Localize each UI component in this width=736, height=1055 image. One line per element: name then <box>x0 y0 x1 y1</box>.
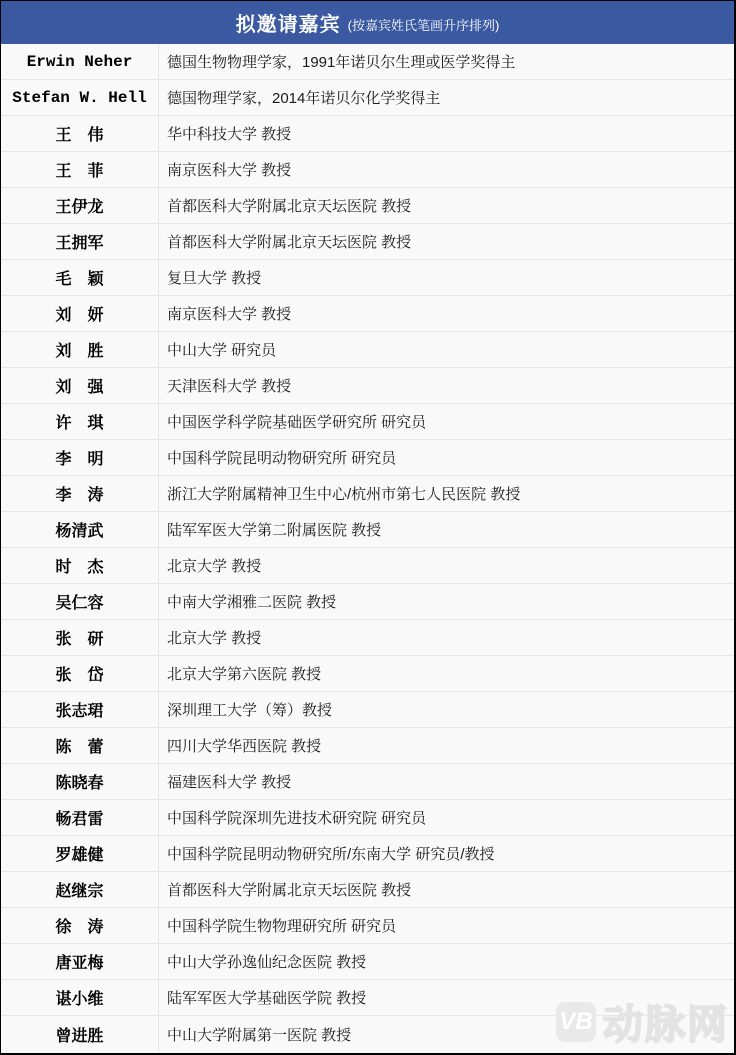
guest-name: 曾进胜 <box>1 1016 159 1052</box>
guest-affiliation: 北京大学 教授 <box>159 548 734 583</box>
guest-affiliation: 天津医科大学 教授 <box>159 368 734 403</box>
table-row: 陈晓春福建医科大学 教授 <box>1 764 734 800</box>
guest-affiliation: 浙江大学附属精神卫生中心/杭州市第七人民医院 教授 <box>159 476 734 511</box>
guest-affiliation: 德国生物物理学家，1991年诺贝尔生理或医学奖得主 <box>159 44 734 79</box>
table-row: 李 明中国科学院昆明动物研究所 研究员 <box>1 440 734 476</box>
guest-affiliation: 复旦大学 教授 <box>159 260 734 295</box>
guest-name: 李 明 <box>1 440 159 475</box>
guest-affiliation: 中国医学科学院基础医学研究所 研究员 <box>159 404 734 439</box>
guest-affiliation: 福建医科大学 教授 <box>159 764 734 799</box>
guest-affiliation: 中山大学孙逸仙纪念医院 教授 <box>159 944 734 979</box>
guest-affiliation: 陆军军医大学第二附属医院 教授 <box>159 512 734 547</box>
table-row: 徐 涛中国科学院生物物理研究所 研究员 <box>1 908 734 944</box>
table-row: 张 岱北京大学第六医院 教授 <box>1 656 734 692</box>
table-row: 刘 胜中山大学 研究员 <box>1 332 734 368</box>
guest-affiliation: 北京大学 教授 <box>159 620 734 655</box>
guest-affiliation: 首都医科大学附属北京天坛医院 教授 <box>159 872 734 907</box>
guest-name: 王伊龙 <box>1 188 159 223</box>
guest-name: 王 伟 <box>1 116 159 151</box>
guest-name: 陈晓春 <box>1 764 159 799</box>
guest-affiliation: 首都医科大学附属北京天坛医院 教授 <box>159 188 734 223</box>
guest-affiliation: 南京医科大学 教授 <box>159 152 734 187</box>
guest-affiliation: 中山大学附属第一医院 教授 <box>159 1016 734 1052</box>
guest-name: 毛 颖 <box>1 260 159 295</box>
guest-name: 陈 蕾 <box>1 728 159 763</box>
guest-name: 时 杰 <box>1 548 159 583</box>
guest-name: 杨清武 <box>1 512 159 547</box>
guest-name: 刘 强 <box>1 368 159 403</box>
guest-name: Stefan W. Hell <box>1 80 159 115</box>
table-row: 李 涛浙江大学附属精神卫生中心/杭州市第七人民医院 教授 <box>1 476 734 512</box>
guest-affiliation: 中国科学院生物物理研究所 研究员 <box>159 908 734 943</box>
table-row: 刘 强天津医科大学 教授 <box>1 368 734 404</box>
guest-affiliation: 德国物理学家，2014年诺贝尔化学奖得主 <box>159 80 734 115</box>
table-row: 时 杰北京大学 教授 <box>1 548 734 584</box>
guest-affiliation: 中南大学湘雅二医院 教授 <box>159 584 734 619</box>
table-row: 王伊龙首都医科大学附属北京天坛医院 教授 <box>1 188 734 224</box>
table-row: 曾进胜中山大学附属第一医院 教授 <box>1 1016 734 1052</box>
table-title: 拟邀请嘉宾 <box>236 8 341 37</box>
guest-affiliation: 陆军军医大学基础医学院 教授 <box>159 980 734 1015</box>
guest-name: 唐亚梅 <box>1 944 159 979</box>
table-row: 赵继宗首都医科大学附属北京天坛医院 教授 <box>1 872 734 908</box>
guest-name: Erwin Neher <box>1 44 159 79</box>
guest-affiliation: 中山大学 研究员 <box>159 332 734 367</box>
table-row: 吴仁容中南大学湘雅二医院 教授 <box>1 584 734 620</box>
table-row: 张 研北京大学 教授 <box>1 620 734 656</box>
guest-name: 罗雄健 <box>1 836 159 871</box>
guest-affiliation: 中国科学院昆明动物研究所 研究员 <box>159 440 734 475</box>
table-row: 陈 蕾四川大学华西医院 教授 <box>1 728 734 764</box>
table-row: 杨清武陆军军医大学第二附属医院 教授 <box>1 512 734 548</box>
table-row: 唐亚梅中山大学孙逸仙纪念医院 教授 <box>1 944 734 980</box>
guest-name: 谌小维 <box>1 980 159 1015</box>
guest-rows: Erwin Neher德国生物物理学家，1991年诺贝尔生理或医学奖得主Stef… <box>1 44 734 1052</box>
guest-name: 张 研 <box>1 620 159 655</box>
guest-name: 刘 妍 <box>1 296 159 331</box>
table-header: 拟邀请嘉宾 (按嘉宾姓氏笔画升序排列) <box>1 1 734 44</box>
table-row: 王 伟华中科技大学 教授 <box>1 116 734 152</box>
guest-name: 畅君雷 <box>1 800 159 835</box>
guest-name: 赵继宗 <box>1 872 159 907</box>
table-row: Erwin Neher德国生物物理学家，1991年诺贝尔生理或医学奖得主 <box>1 44 734 80</box>
guest-name: 王拥军 <box>1 224 159 259</box>
guest-affiliation: 深圳理工大学（筹）教授 <box>159 692 734 727</box>
table-row: 王 菲南京医科大学 教授 <box>1 152 734 188</box>
table-row: 刘 妍南京医科大学 教授 <box>1 296 734 332</box>
table-row: 毛 颖复旦大学 教授 <box>1 260 734 296</box>
guest-name: 王 菲 <box>1 152 159 187</box>
guest-name: 张志珺 <box>1 692 159 727</box>
table-row: 罗雄健中国科学院昆明动物研究所/东南大学 研究员/教授 <box>1 836 734 872</box>
guest-name: 徐 涛 <box>1 908 159 943</box>
guest-name: 张 岱 <box>1 656 159 691</box>
guest-name: 吴仁容 <box>1 584 159 619</box>
guest-affiliation: 北京大学第六医院 教授 <box>159 656 734 691</box>
guest-name: 李 涛 <box>1 476 159 511</box>
table-row: 王拥军首都医科大学附属北京天坛医院 教授 <box>1 224 734 260</box>
table-row: 谌小维陆军军医大学基础医学院 教授 <box>1 980 734 1016</box>
invited-guests-table: 拟邀请嘉宾 (按嘉宾姓氏笔画升序排列) Erwin Neher德国生物物理学家，… <box>0 0 736 1055</box>
table-row: 张志珺深圳理工大学（筹）教授 <box>1 692 734 728</box>
table-row: 畅君雷中国科学院深圳先进技术研究院 研究员 <box>1 800 734 836</box>
guest-affiliation: 四川大学华西医院 教授 <box>159 728 734 763</box>
table-row: 许 琪中国医学科学院基础医学研究所 研究员 <box>1 404 734 440</box>
guest-name: 许 琪 <box>1 404 159 439</box>
guest-affiliation: 首都医科大学附属北京天坛医院 教授 <box>159 224 734 259</box>
table-subtitle: (按嘉宾姓氏笔画升序排列) <box>348 15 500 34</box>
guest-name: 刘 胜 <box>1 332 159 367</box>
guest-affiliation: 南京医科大学 教授 <box>159 296 734 331</box>
table-row: Stefan W. Hell德国物理学家，2014年诺贝尔化学奖得主 <box>1 80 734 116</box>
guest-affiliation: 中国科学院昆明动物研究所/东南大学 研究员/教授 <box>159 836 734 871</box>
guest-affiliation: 中国科学院深圳先进技术研究院 研究员 <box>159 800 734 835</box>
guest-affiliation: 华中科技大学 教授 <box>159 116 734 151</box>
